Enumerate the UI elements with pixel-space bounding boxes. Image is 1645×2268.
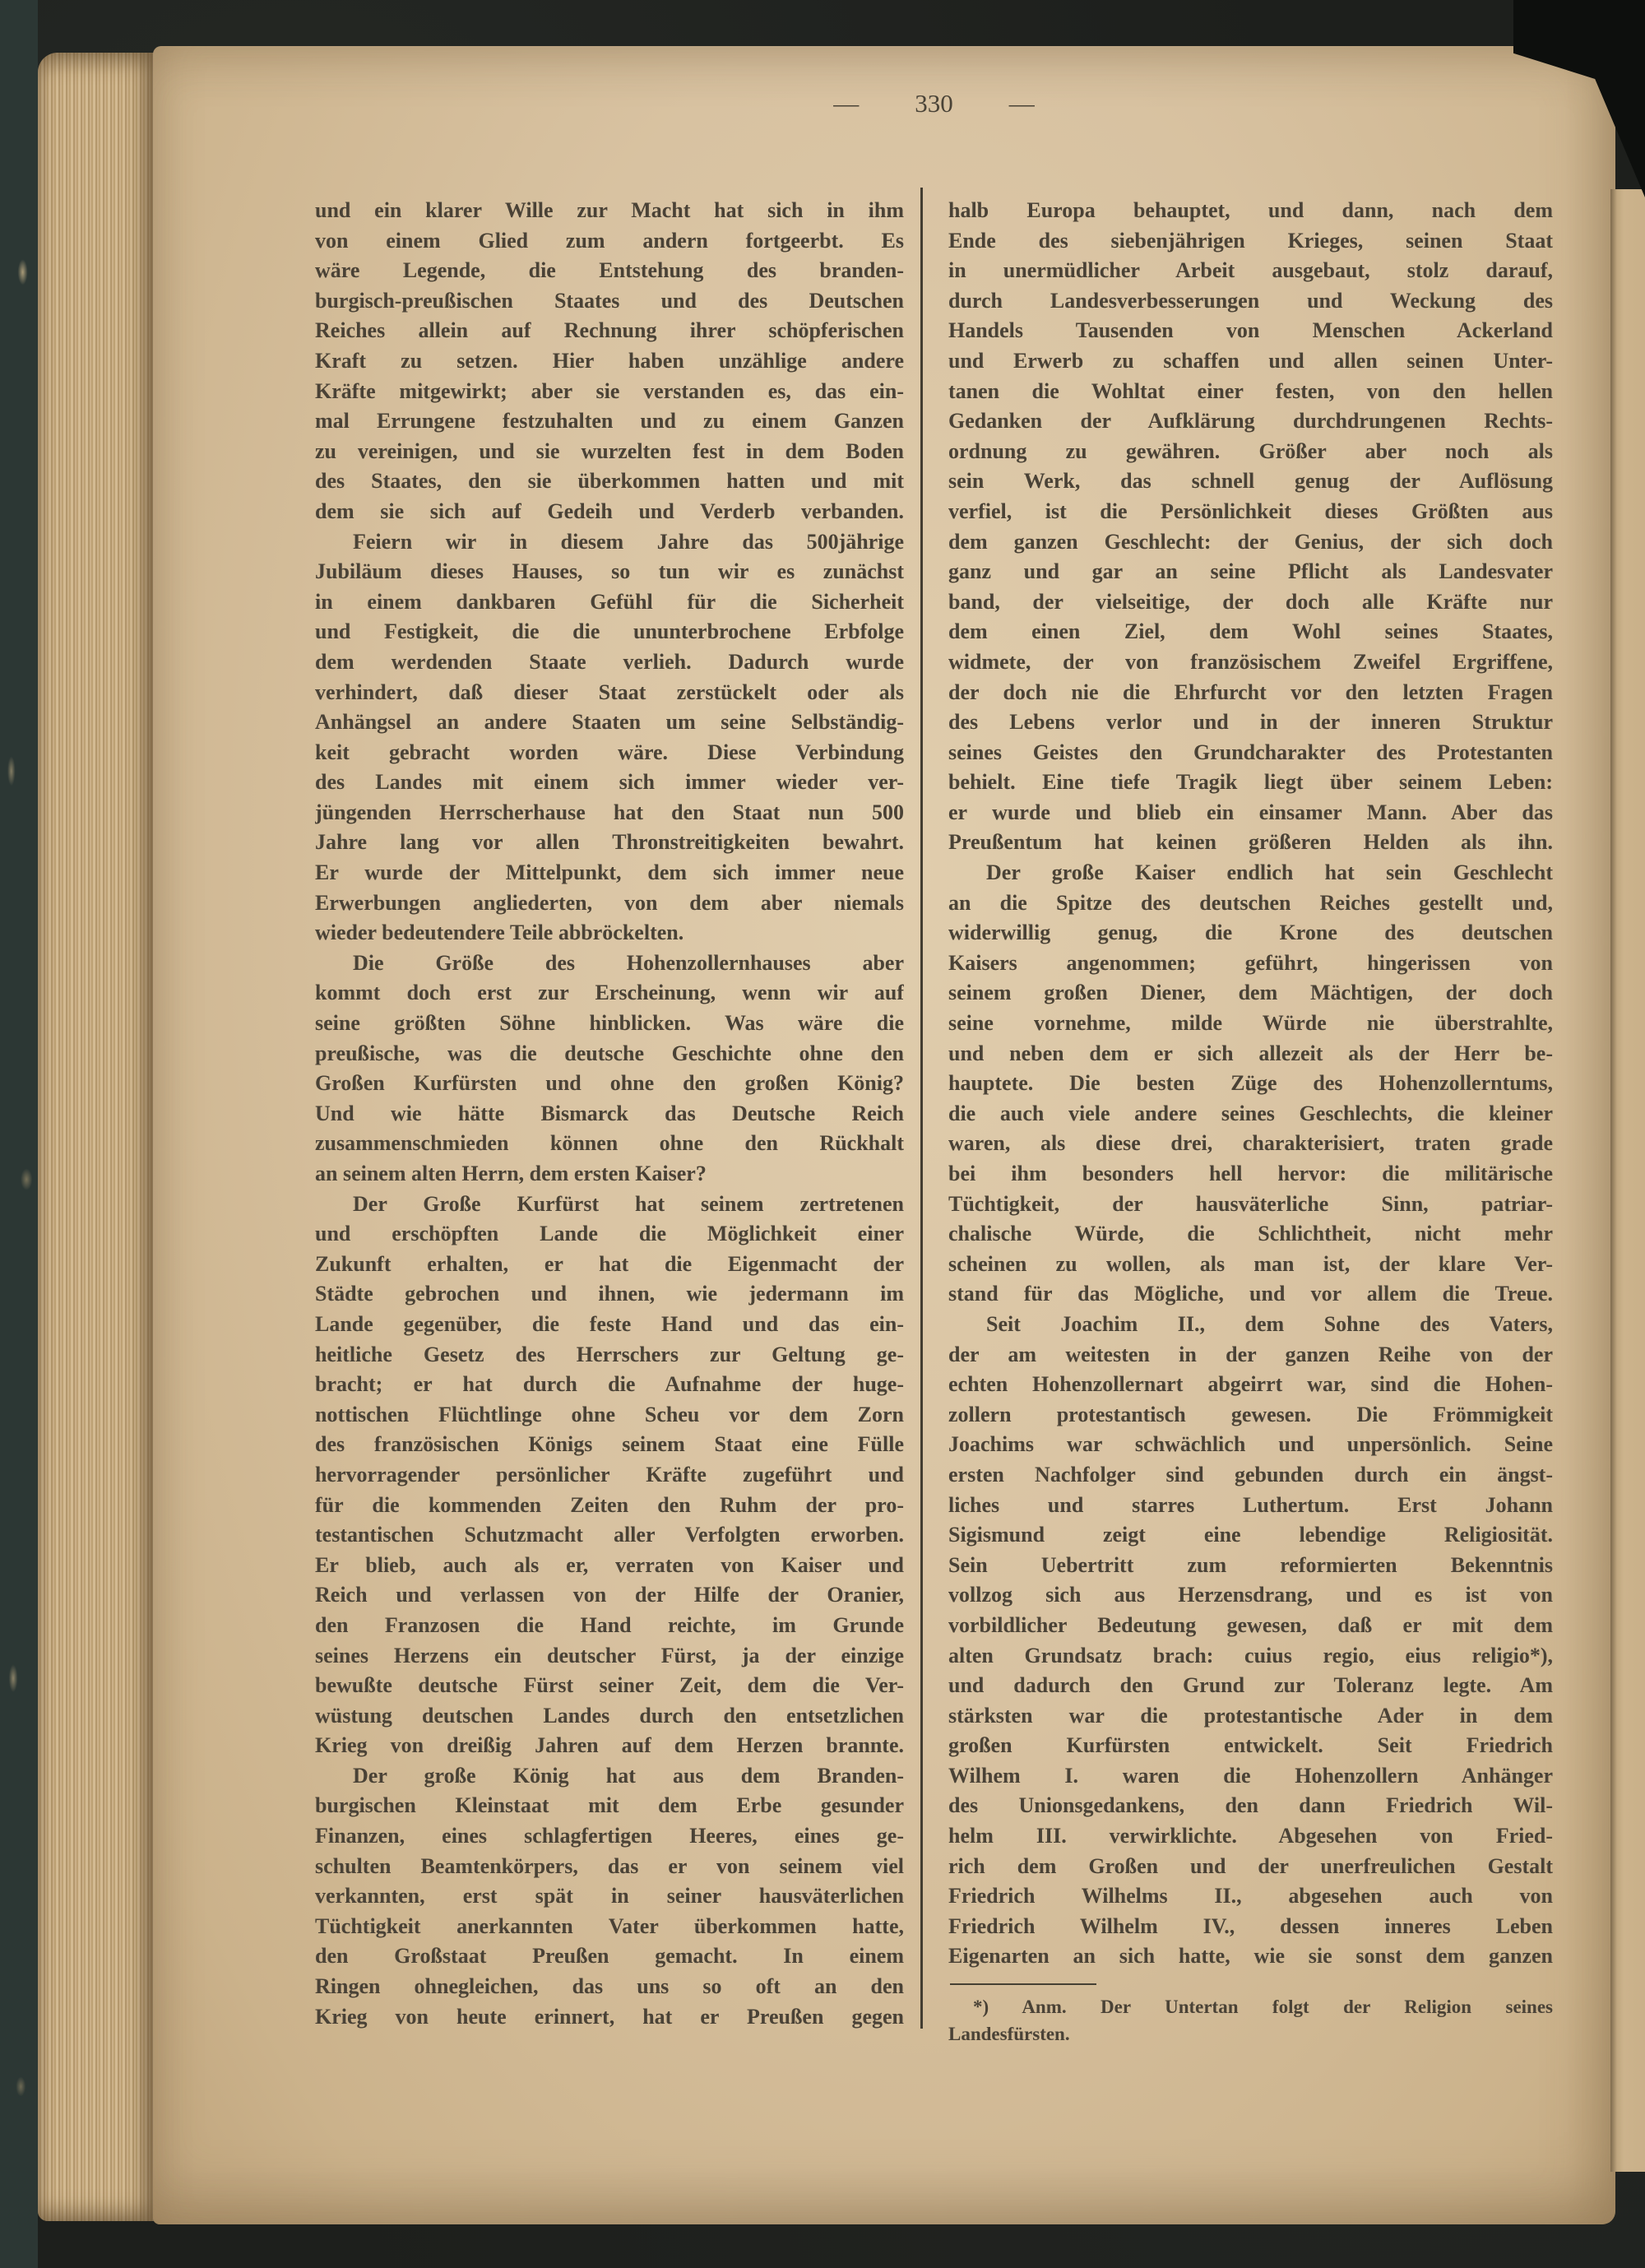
text-line: band, der vielseitige, der doch alle Krä… <box>948 587 1553 618</box>
text-line: und dadurch den Grund zur Toleranz legte… <box>948 1671 1553 1701</box>
text-line: Zukunft erhalten, er hat die Eigenmacht … <box>315 1250 904 1280</box>
column-divider-rule <box>920 188 923 2029</box>
text-line: bewußte deutsche Fürst seiner Zeit, dem … <box>315 1671 904 1701</box>
text-line: ordnung zu gewähren. Größer aber noch al… <box>948 437 1553 467</box>
text-line: Krieg von heute erinnert, hat er Preußen… <box>315 2002 904 2033</box>
text-line: scheinen zu wollen, als man ist, der kla… <box>948 1250 1553 1280</box>
text-line: waren, als diese drei, charakterisiert, … <box>948 1129 1553 1159</box>
text-line: widerwillig genug, die Krone des deutsch… <box>948 918 1553 948</box>
text-line: dem einen Ziel, dem Wohl seines Staates, <box>948 617 1553 647</box>
text-line: seine größten Söhne hinblicken. Was wäre… <box>315 1009 904 1039</box>
text-line: verkannten, erst spät in seiner hausväte… <box>315 1881 904 1912</box>
next-page-edge <box>1610 189 1645 2172</box>
text-line: burgisch-preußischen Staates und des Deu… <box>315 286 904 317</box>
text-line: der doch nie die Ehrfurcht vor den letzt… <box>948 678 1553 708</box>
text-line: wieder bedeutendere Teile abbröckelten. <box>315 918 904 948</box>
text-line: des Staates, den sie überkommen hatten u… <box>315 466 904 497</box>
text-line: alten Grundsatz brach: cuius regio, eius… <box>948 1641 1553 1672</box>
text-line: bracht; er hat durch die Aufnahme der hu… <box>315 1370 904 1400</box>
text-line: stärksten war die protestantische Ader i… <box>948 1701 1553 1732</box>
text-line: Krieg von dreißig Jahren auf dem Herzen … <box>315 1731 904 1761</box>
page-stack-edge <box>38 53 155 2221</box>
paragraph: Der große König hat aus dem Branden-burg… <box>315 1761 904 2032</box>
text-line: des französischen Königs seinem Staat ei… <box>315 1430 904 1460</box>
text-line: wüstung deutschen Landes durch den entse… <box>315 1701 904 1732</box>
text-line: Sein Uebertritt zum reformierten Bekennt… <box>948 1551 1553 1581</box>
text-line: seine vornehme, milde Würde nie überstra… <box>948 1009 1553 1039</box>
text-line: Lande gegenüber, die feste Hand und das … <box>315 1310 904 1340</box>
text-line: Kraft zu setzen. Hier haben unzählige an… <box>315 346 904 377</box>
text-line: Reich und verlassen von der Hilfe der Or… <box>315 1580 904 1611</box>
text-line: Der große König hat aus dem Branden- <box>315 1761 904 1792</box>
folio-dash-right: — <box>1009 89 1035 118</box>
text-line: stand für das Mögliche, und vor allem di… <box>948 1279 1553 1310</box>
text-line: den Großstaat Preußen gemacht. In einem <box>315 1941 904 1972</box>
text-line: behielt. Eine tiefe Tragik liegt über se… <box>948 768 1553 798</box>
folio-dash-left: — <box>833 89 859 118</box>
text-line: und Erwerb zu schaffen und allen seinen … <box>948 346 1553 377</box>
footnote-line: Landesfürsten. <box>948 2020 1553 2048</box>
paragraph: Die Größe des Hohenzollernhauses aberkom… <box>315 948 904 1190</box>
text-line: zollern protestantisch gewesen. Die Fröm… <box>948 1400 1553 1431</box>
text-line: Preußentum hat keinen größeren Helden al… <box>948 828 1553 858</box>
text-line: zu vereinigen, und sie wurzelten fest in… <box>315 437 904 467</box>
book-page: —330— und ein klarer Wille zur Macht hat… <box>153 46 1615 2224</box>
text-line: Und wie hätte Bismarck das Deutsche Reic… <box>315 1099 904 1129</box>
text-line: vorbildlicher Bedeutung gewesen, daß er … <box>948 1611 1553 1641</box>
text-line: seinem großen Diener, dem Mächtigen, der… <box>948 978 1553 1009</box>
text-line: Ringen ohnegleichen, das uns so oft an d… <box>315 1972 904 2002</box>
text-line: heitliche Gesetz des Herrschers zur Gelt… <box>315 1340 904 1371</box>
paragraph: Feiern wir in diesem Jahre das 500jährig… <box>315 527 904 948</box>
text-line: schulten Beamtenkörpers, das er von sein… <box>315 1852 904 1882</box>
paragraph: Der große Kaiser endlich hat sein Geschl… <box>948 858 1553 1310</box>
text-line: zusammenschmieden können ohne den Rückha… <box>315 1129 904 1159</box>
text-line: Kaisers angenommen; geführt, hingerissen… <box>948 948 1553 979</box>
paragraph: Der Große Kurfürst hat seinem zertretene… <box>315 1190 904 1761</box>
text-line: Sigismund zeigt eine lebendige Religiosi… <box>948 1520 1553 1551</box>
text-line: verhindert, daß dieser Staat zerstückelt… <box>315 678 904 708</box>
text-line: hauptete. Die besten Züge des Hohenzolle… <box>948 1069 1553 1099</box>
text-line: durch Landesverbesserungen und Weckung d… <box>948 286 1553 317</box>
text-line: Jubiläum dieses Hauses, so tun wir es zu… <box>315 557 904 587</box>
footnote-rule <box>950 1983 1096 1985</box>
text-line: Die Größe des Hohenzollernhauses aber <box>315 948 904 979</box>
text-line: Finanzen, eines schlagfertigen Heeres, e… <box>315 1821 904 1852</box>
text-line: an seinem alten Herrn, dem ersten Kaiser… <box>315 1159 904 1190</box>
text-line: dem sie sich auf Gedeih und Verderb verb… <box>315 497 904 527</box>
text-line: Friedrich Wilhelm IV., dessen inneres Le… <box>948 1912 1553 1942</box>
text-line: helm III. verwirklichte. Abgesehen von F… <box>948 1821 1553 1852</box>
left-column: und ein klarer Wille zur Macht hat sich … <box>315 196 904 2032</box>
book-scan: —330— und ein klarer Wille zur Macht hat… <box>0 0 1645 2268</box>
text-line: widmete, der von französischem Zweifel E… <box>948 647 1553 678</box>
text-line: des Lebens verlor und in der inneren Str… <box>948 707 1553 738</box>
text-line: Anhängsel an andere Staaten um seine Sel… <box>315 707 904 738</box>
text-line: Friedrich Wilhelms II., abgesehen auch v… <box>948 1881 1553 1912</box>
text-line: ersten Nachfolger sind gebunden durch ei… <box>948 1460 1553 1491</box>
text-line: keit gebracht worden wäre. Diese Verbind… <box>315 738 904 768</box>
text-line: Kräfte mitgewirkt; aber sie verstanden e… <box>315 377 904 407</box>
text-line: seines Geistes den Grundcharakter des Pr… <box>948 738 1553 768</box>
text-line: echten Hohenzollernart abgeirrt war, sin… <box>948 1370 1553 1400</box>
folio: —330— <box>315 89 1553 118</box>
text-line: preußische, was die deutsche Geschichte … <box>315 1039 904 1069</box>
text-line: sein Werk, das schnell genug der Auflösu… <box>948 466 1553 497</box>
text-line: dem ganzen Geschlecht: der Genius, der s… <box>948 527 1553 558</box>
text-line: hervorragender persönlicher Kräfte zugef… <box>315 1460 904 1491</box>
text-line: die auch viele andere seines Geschlechts… <box>948 1099 1553 1129</box>
text-line: und neben dem er sich allezeit als der H… <box>948 1039 1553 1069</box>
text-line: und erschöpften Lande die Möglichkeit ei… <box>315 1219 904 1250</box>
text-line: vollzog sich aus Herzensdrang, und es is… <box>948 1580 1553 1611</box>
text-line: chalische Würde, die Schlichtheit, nicht… <box>948 1219 1553 1250</box>
text-line: Eigenarten an sich hatte, wie sie sonst … <box>948 1941 1553 1972</box>
text-line: rich dem Großen und der unerfreulichen G… <box>948 1852 1553 1882</box>
text-line: und Festigkeit, die die ununterbrochene … <box>315 617 904 647</box>
text-line: Er wurde der Mittelpunkt, dem sich immer… <box>315 858 904 888</box>
text-line: halb Europa behauptet, und dann, nach de… <box>948 196 1553 226</box>
text-line: Handels Tausenden von Menschen Ackerland <box>948 316 1553 346</box>
text-line: Joachims war schwächlich und unpersönlic… <box>948 1430 1553 1460</box>
text-line: er wurde und blieb ein einsamer Mann. Ab… <box>948 798 1553 828</box>
footnote-line: *) Anm. Der Untertan folgt der Religion … <box>948 1993 1553 2020</box>
text-line: Ende des siebenjährigen Krieges, seinen … <box>948 226 1553 257</box>
text-line: den Franzosen die Hand reichte, im Grund… <box>315 1611 904 1641</box>
text-line: tanen die Wohltat einer festen, von den … <box>948 377 1553 407</box>
text-line: Jahre lang vor allen Thronstreitigkeiten… <box>315 828 904 858</box>
text-line: Tüchtigkeit anerkannten Vater überkommen… <box>315 1912 904 1942</box>
text-line: ganz und gar an seine Pflicht als Landes… <box>948 557 1553 587</box>
text-line: liches und starres Luthertum. Erst Johan… <box>948 1491 1553 1521</box>
text-line: Der große Kaiser endlich hat sein Geschl… <box>948 858 1553 888</box>
paragraph: halb Europa behauptet, und dann, nach de… <box>948 196 1553 858</box>
marbled-cover-edge <box>0 0 38 2268</box>
page-number: 330 <box>915 89 953 118</box>
text-line: großen Kurfürsten entwickelt. Seit Fried… <box>948 1731 1553 1761</box>
text-line: Wilhem I. waren die Hohenzollern Anhänge… <box>948 1761 1553 1792</box>
text-line: an die Spitze des deutschen Reiches gest… <box>948 888 1553 919</box>
text-line: jüngenden Herrscherhause hat den Staat n… <box>315 798 904 828</box>
text-line: bei ihm besonders hell hervor: die milit… <box>948 1159 1553 1190</box>
text-line: Großen Kurfürsten und ohne den großen Kö… <box>315 1069 904 1099</box>
text-line: kommt doch erst zur Erscheinung, wenn wi… <box>315 978 904 1009</box>
text-line: testantischen Schutzmacht aller Verfolgt… <box>315 1520 904 1551</box>
text-line: mal Errungene festzuhalten und zu einem … <box>315 406 904 437</box>
right-column: halb Europa behauptet, und dann, nach de… <box>948 196 1553 2048</box>
text-line: Tüchtigkeit, der hausväterliche Sinn, pa… <box>948 1190 1553 1220</box>
text-line: in unermüdlicher Arbeit ausgebaut, stolz… <box>948 256 1553 286</box>
text-line: des Unionsgedankens, den dann Friedrich … <box>948 1791 1553 1821</box>
text-line: Gedanken der Aufklärung durchdrungenen R… <box>948 406 1553 437</box>
text-line: Reiches allein auf Rechnung ihrer schöpf… <box>315 316 904 346</box>
text-line: nottischen Flüchtlinge ohne Scheu vor de… <box>315 1400 904 1431</box>
text-line: seines Herzens ein deutscher Fürst, ja d… <box>315 1641 904 1672</box>
text-line: dem werdenden Staate verlieh. Dadurch wu… <box>315 647 904 678</box>
text-line: Seit Joachim II., dem Sohne des Vaters, <box>948 1310 1553 1340</box>
text-line: verfiel, ist die Persönlichkeit dieses G… <box>948 497 1553 527</box>
text-line: Städte gebrochen und ihnen, wie jederman… <box>315 1279 904 1310</box>
paragraph: und ein klarer Wille zur Macht hat sich … <box>315 196 904 527</box>
text-line: in einem dankbaren Gefühl für die Sicher… <box>315 587 904 618</box>
text-line: burgischen Kleinstaat mit dem Erbe gesun… <box>315 1791 904 1821</box>
paragraph: Seit Joachim II., dem Sohne des Vaters,d… <box>948 1310 1553 1972</box>
text-line: für die kommenden Zeiten den Ruhm der pr… <box>315 1491 904 1521</box>
text-line: Er blieb, auch als er, verraten von Kais… <box>315 1551 904 1581</box>
text-line: von einem Glied zum andern fortgeerbt. E… <box>315 226 904 257</box>
text-line: der am weitesten in der ganzen Reihe von… <box>948 1340 1553 1371</box>
text-line: Der Große Kurfürst hat seinem zertretene… <box>315 1190 904 1220</box>
text-line: des Landes mit einem sich immer wieder v… <box>315 768 904 798</box>
text-line: Erwerbungen angliederten, von dem aber n… <box>315 888 904 919</box>
text-line: Feiern wir in diesem Jahre das 500jährig… <box>315 527 904 558</box>
text-line: wäre Legende, die Entstehung des branden… <box>315 256 904 286</box>
text-line: und ein klarer Wille zur Macht hat sich … <box>315 196 904 226</box>
